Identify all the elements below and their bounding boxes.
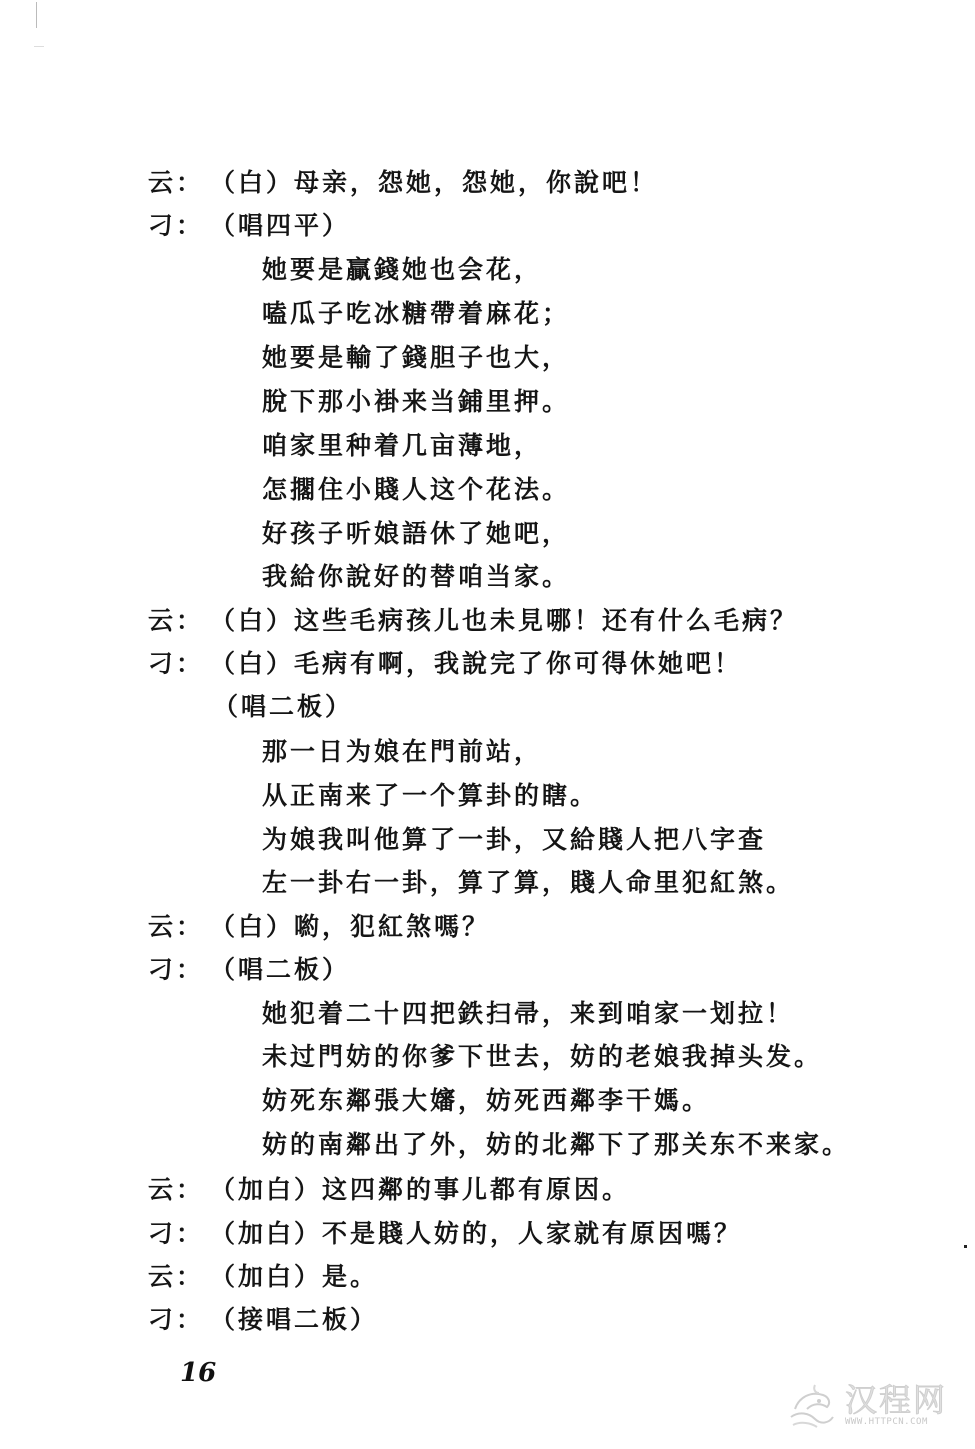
dialogue-line: 刁：（唱二板） bbox=[148, 955, 350, 985]
speaker-label: 云： bbox=[148, 912, 210, 942]
verse-line: 从正南来了一个算卦的瞎。 bbox=[262, 781, 598, 811]
verse-line: 未过門妨的你爹下世去，妨的老娘我掉头发。 bbox=[262, 1042, 822, 1072]
line-text: （加白）是。 bbox=[210, 1262, 378, 1291]
speaker-label: 刁： bbox=[148, 1305, 210, 1335]
document-page: 云：（白）母亲，怨她，怨她，你說吧！ 刁：（唱四平） 她要是贏錢她也会花， 嗑瓜… bbox=[0, 0, 975, 1449]
dialogue-line: 刁：（加白）不是賤人妨的，人家就有原因嗎？ bbox=[148, 1219, 742, 1249]
speaker-label: 刁： bbox=[148, 649, 210, 679]
verse-line: 嗑瓜子吃冰糖帶着麻花； bbox=[262, 299, 570, 329]
speaker-label: 刁： bbox=[148, 955, 210, 985]
verse-line: 怎擱住小賤人这个花法。 bbox=[262, 475, 570, 505]
line-text: （接唱二板） bbox=[210, 1305, 378, 1334]
verse-line: 为娘我叫他算了一卦，又給賤人把八字查 bbox=[262, 825, 766, 855]
verse-line: 那一日为娘在門前站， bbox=[262, 737, 542, 767]
line-text: （唱四平） bbox=[210, 211, 350, 240]
line-text: （白）这些毛病孩儿也未見哪！还有什么毛病？ bbox=[210, 606, 798, 635]
dialogue-line: 刁：（白）毛病有啊，我說完了你可得休她吧！ bbox=[148, 649, 742, 679]
watermark: 汉程网 WWW.HTTPCN.COM bbox=[785, 1375, 965, 1435]
verse-line: 她要是輸了錢胆子也大， bbox=[262, 343, 570, 373]
verse-line: 左一卦右一卦，算了算，賤人命里犯紅煞。 bbox=[262, 868, 794, 898]
speaker-label: 云： bbox=[148, 168, 210, 198]
line-text: （加白）这四鄰的事儿都有原因。 bbox=[210, 1175, 630, 1204]
dialogue-line: 云：（白）这些毛病孩儿也未見哪！还有什么毛病？ bbox=[148, 606, 798, 636]
verse-line: 我給你說好的替咱当家。 bbox=[262, 562, 570, 592]
verse-line: 脫下那小褂来当鋪里押。 bbox=[262, 387, 570, 417]
dialogue-line: 刁：（接唱二板） bbox=[148, 1305, 378, 1335]
verse-line: 妨的南鄰出了外，妨的北鄰下了那关东不来家。 bbox=[262, 1130, 850, 1160]
line-text: （唱二板） bbox=[210, 955, 350, 984]
fish-wave-logo-icon bbox=[785, 1379, 837, 1431]
verse-line: 妨死东鄰張大嬸，妨死西鄰李干媽。 bbox=[262, 1086, 710, 1116]
line-text: （白）母亲，怨她，怨她，你說吧！ bbox=[210, 168, 658, 197]
speaker-label: 云： bbox=[148, 1262, 210, 1292]
scan-artifact bbox=[34, 46, 44, 47]
page-number: 16 bbox=[180, 1358, 216, 1388]
speaker-label: 刁： bbox=[148, 211, 210, 241]
verse-line: 她要是贏錢她也会花， bbox=[262, 255, 542, 285]
dialogue-line: 云：（加白）这四鄰的事儿都有原因。 bbox=[148, 1175, 630, 1205]
speaker-label: 云： bbox=[148, 1175, 210, 1205]
verse-line: 好孩子听娘語休了她吧， bbox=[262, 519, 570, 549]
speaker-label: 刁： bbox=[148, 1219, 210, 1249]
line-text: （加白）不是賤人妨的，人家就有原因嗎？ bbox=[210, 1219, 742, 1248]
speaker-label: 云： bbox=[148, 606, 210, 636]
verse-line: 她犯着二十四把鉄扫帚，来到咱家一划拉！ bbox=[262, 999, 794, 1029]
verse-line: 咱家里种着几亩薄地， bbox=[262, 431, 542, 461]
scan-artifact bbox=[964, 1245, 967, 1248]
stage-direction: （唱二板） bbox=[213, 692, 353, 722]
dialogue-line: 云：（白）喲，犯紅煞嗎？ bbox=[148, 912, 490, 942]
line-text: （白）喲，犯紅煞嗎？ bbox=[210, 912, 490, 941]
dialogue-line: 刁：（唱四平） bbox=[148, 211, 350, 241]
dialogue-line: 云：（加白）是。 bbox=[148, 1262, 378, 1292]
scan-artifact bbox=[36, 2, 37, 28]
watermark-name: 汉程网 bbox=[845, 1375, 947, 1421]
watermark-url: WWW.HTTPCN.COM bbox=[845, 1417, 928, 1427]
line-text: （白）毛病有啊，我說完了你可得休她吧！ bbox=[210, 649, 742, 678]
dialogue-line: 云：（白）母亲，怨她，怨她，你說吧！ bbox=[148, 168, 658, 198]
